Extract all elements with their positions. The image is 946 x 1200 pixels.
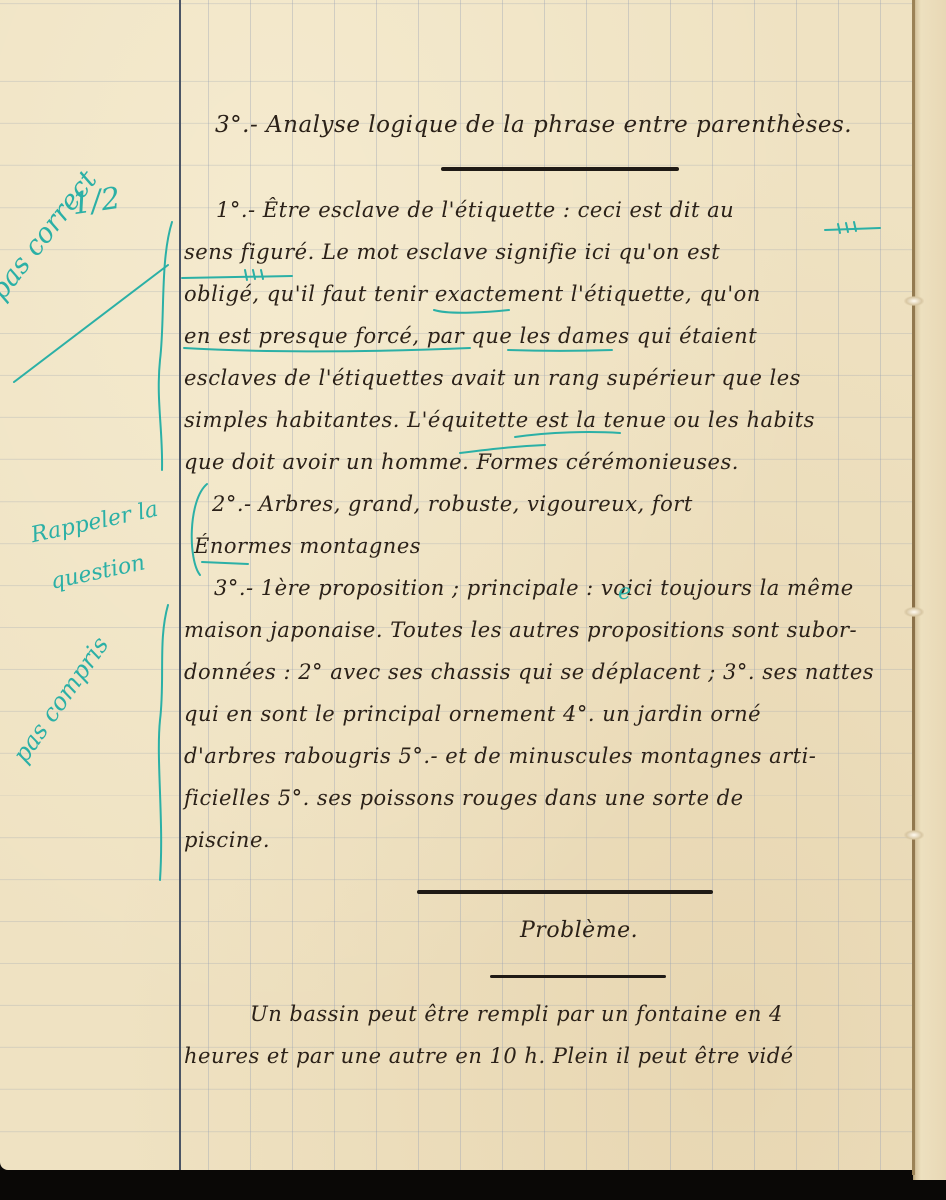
answer-line: données : 2° avec ses chassis qui se dép… — [184, 660, 874, 684]
answer-line: que doit avoir un homme. Formes cérémoni… — [184, 450, 739, 474]
section-divider-bottom — [490, 975, 666, 978]
adjacent-page-edge — [913, 0, 946, 1180]
answer-line: 1°.- Être esclave de l'étiquette : ceci … — [216, 198, 734, 222]
answer-line: maison japonaise. Toutes les autres prop… — [184, 618, 857, 642]
binding-stitch — [904, 296, 924, 306]
answer-line: obligé, qu'il faut tenir exactement l'ét… — [184, 282, 761, 306]
answer-line: piscine. — [184, 828, 270, 852]
answer-line: 3°.- 1ère proposition ; principale : voi… — [214, 576, 854, 600]
problem-line: Un bassin peut être rempli par un fontai… — [250, 1002, 783, 1026]
binding-fold — [912, 0, 915, 1175]
exercise-heading: 3°.- Analyse logique de la phrase entre … — [215, 112, 852, 138]
answer-line: esclaves de l'étiquettes avait un rang s… — [184, 366, 801, 390]
answer-line: 2°.- Arbres, grand, robuste, vigoureux, … — [212, 492, 693, 516]
section-divider-top — [417, 890, 713, 894]
margin-line — [179, 0, 181, 1170]
problem-line: heures et par une autre en 10 h. Plein i… — [184, 1044, 794, 1068]
answer-line: qui en sont le principal ornement 4°. un… — [184, 702, 761, 726]
answer-line: simples habitantes. L'équitette est la t… — [184, 408, 815, 432]
heading-underline-rule — [441, 167, 679, 171]
answer-line: ficielles 5°. ses poissons rouges dans u… — [184, 786, 744, 810]
answer-line: Énormes montagnes — [194, 534, 421, 558]
answer-line: en est presque forcé, par que les dames … — [184, 324, 757, 348]
binding-stitch — [904, 830, 924, 840]
inline-correction: e — [618, 580, 631, 605]
binding-stitch — [904, 607, 924, 617]
answer-line: d'arbres rabougris 5°.- et de minuscules… — [184, 744, 816, 768]
answer-line: sens figuré. Le mot esclave signifie ici… — [184, 240, 720, 264]
section-title: Problème. — [520, 918, 638, 943]
notebook-page: 3°.- Analyse logique de la phrase entre … — [0, 0, 915, 1170]
